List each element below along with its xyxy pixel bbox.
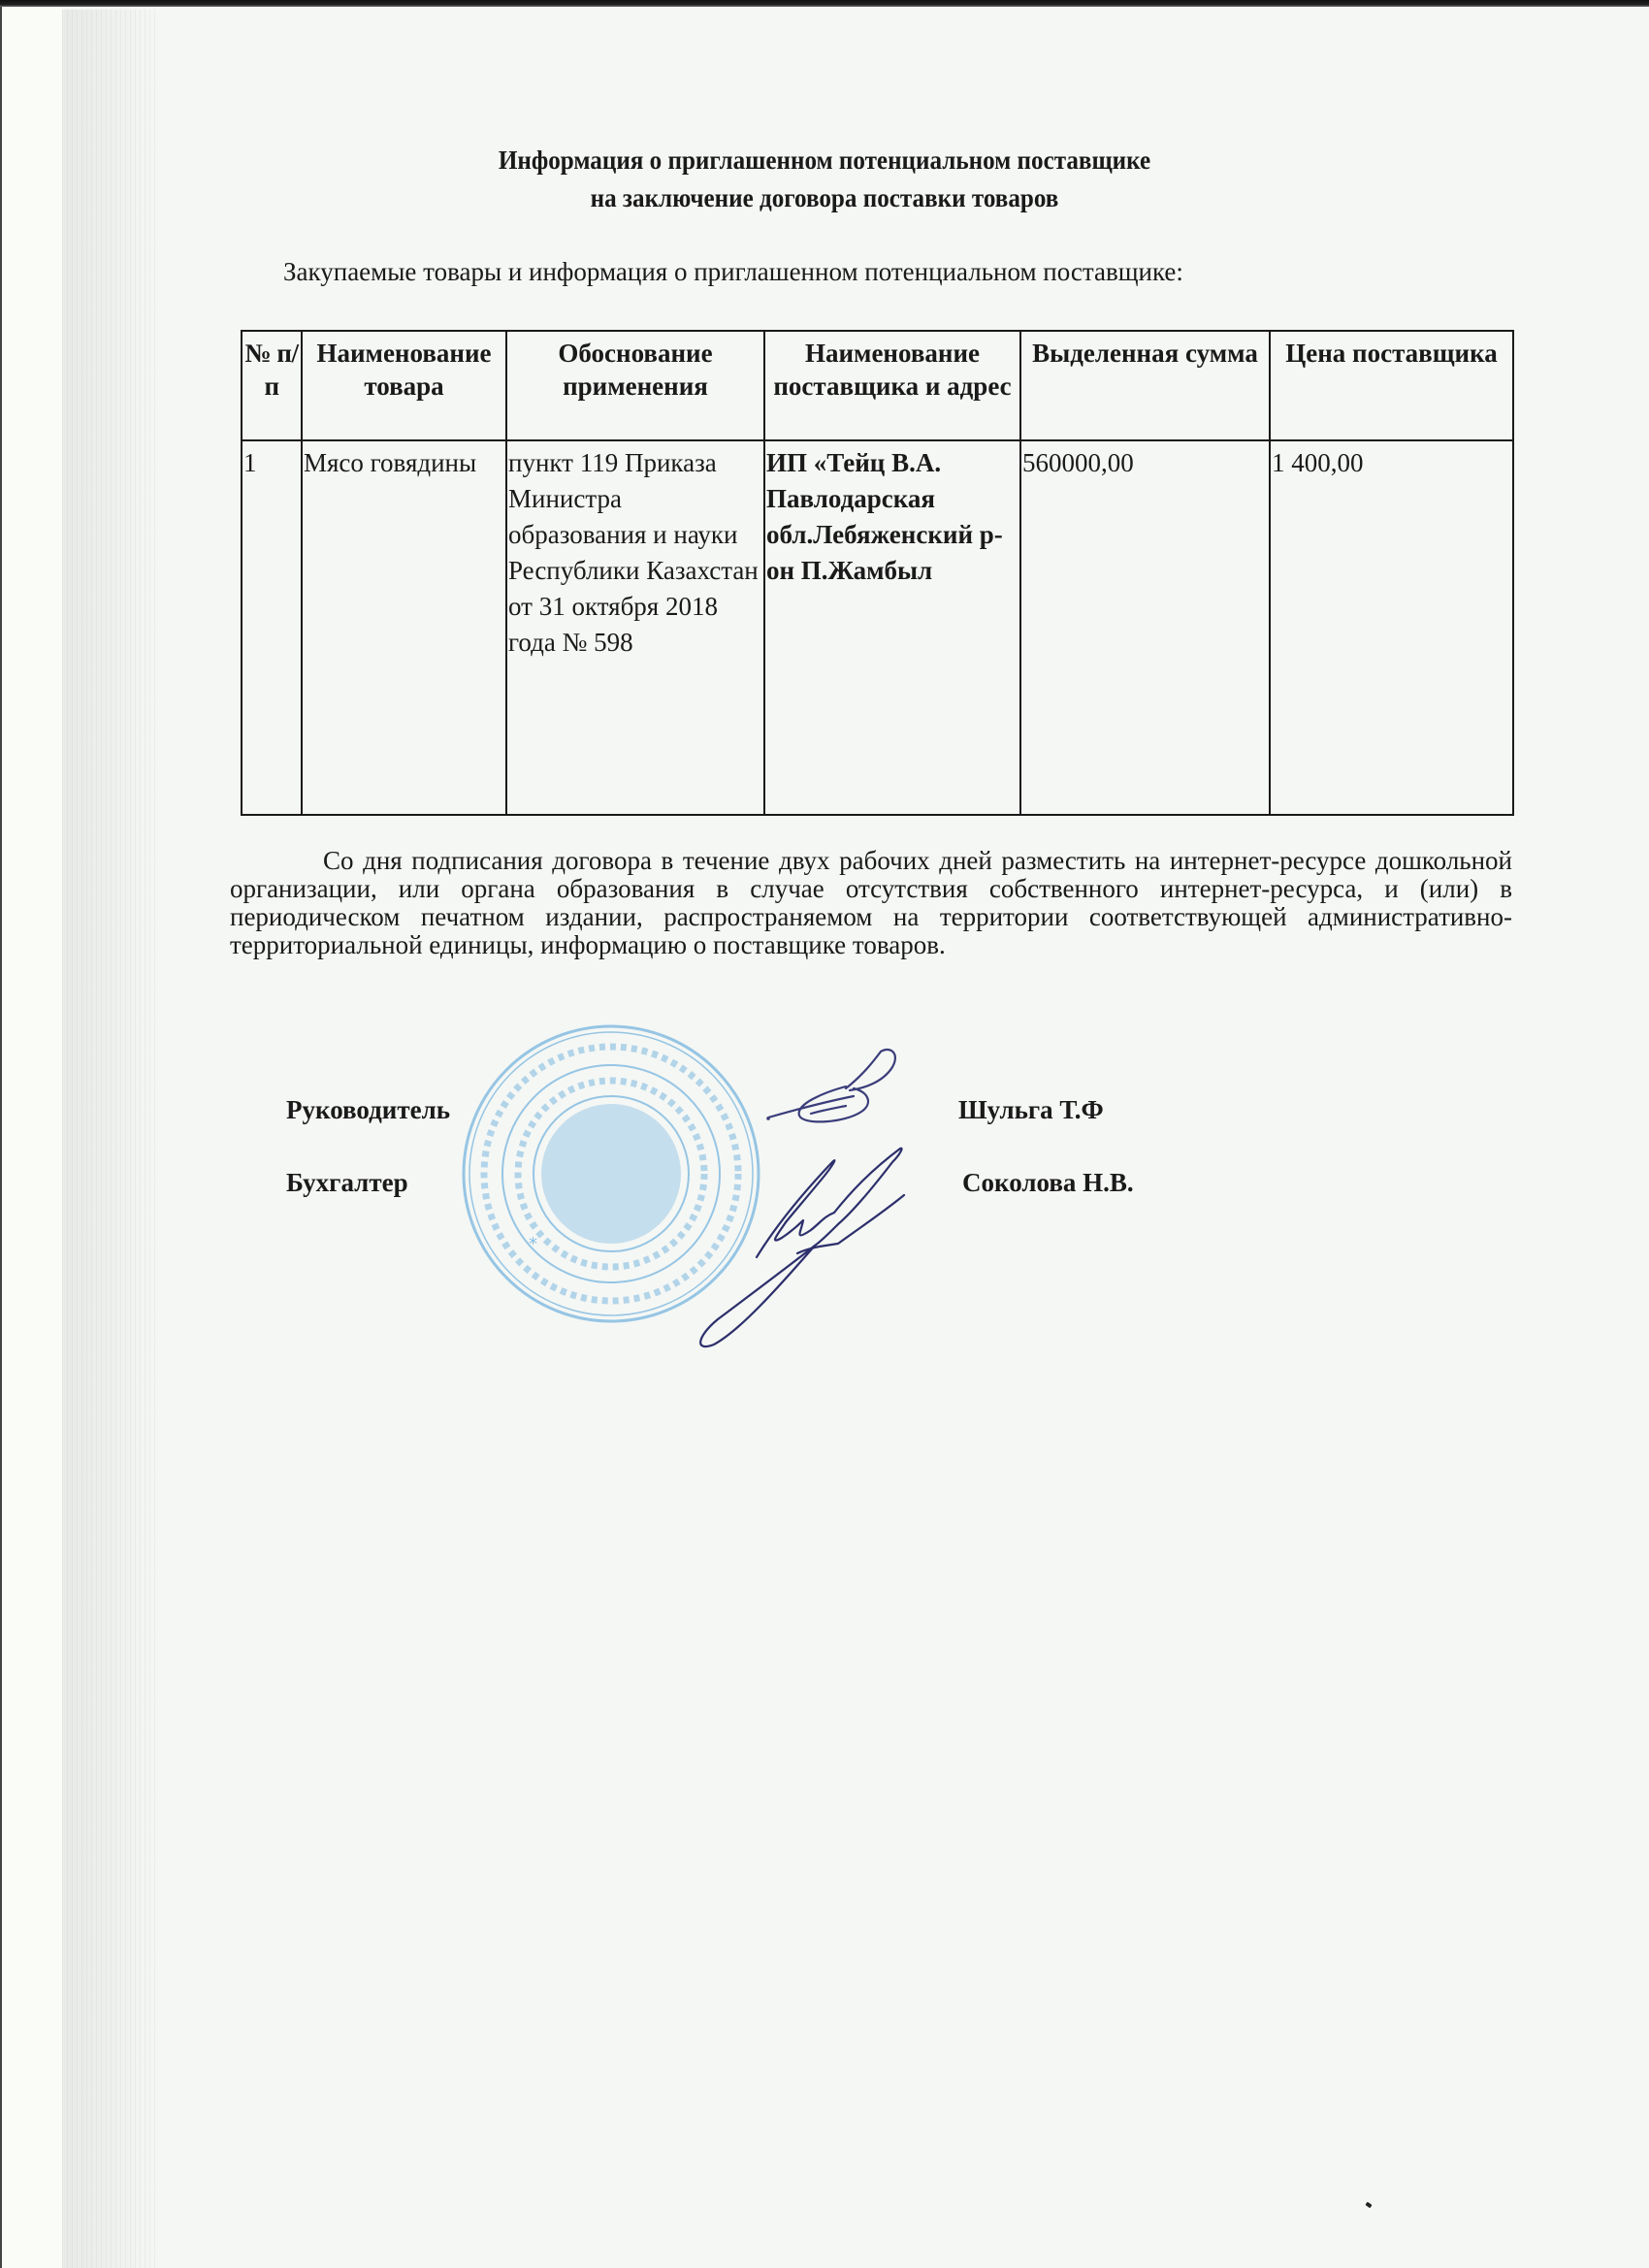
header-justification: Обоснование применения: [506, 331, 764, 440]
cell-number: 1: [242, 440, 302, 815]
scan-noise: [62, 10, 159, 2268]
intro-text: Закупаемые товары и информация о приглаш…: [283, 255, 1183, 288]
cell-supplier-price: 1 400,00: [1270, 440, 1513, 815]
header-number: № п/п: [242, 331, 302, 440]
signature-name-accountant: Соколова Н.В.: [962, 1166, 1134, 1199]
scan-border-top: [0, 0, 1649, 7]
document-title-line-1: Информация о приглашенном потенциальном …: [58, 144, 1592, 177]
scan-border-left: [0, 7, 64, 2268]
signature-name-director: Шульга Т.Ф: [958, 1093, 1104, 1126]
signature-role-director: Руководитель: [286, 1093, 450, 1126]
goods-table: № п/п Наименование товара Обоснование пр…: [241, 330, 1514, 816]
table-row: 1 Мясо говядины пункт 119 Приказа Минист…: [242, 440, 1513, 815]
table-header-row: № п/п Наименование товара Обоснование пр…: [242, 331, 1513, 440]
cell-supplier: ИП «Тейц В.А. Павлодарская обл.Лебяженск…: [764, 440, 1020, 815]
header-product-name: Наименование товара: [302, 331, 506, 440]
director-signature-icon: [757, 1038, 970, 1154]
scan-speck: [1365, 2202, 1372, 2209]
svg-text:*: *: [529, 1234, 537, 1254]
cell-allocated-amount: 560000,00: [1020, 440, 1270, 815]
instruction-paragraph: Со дня подписания договора в течение дву…: [230, 847, 1512, 959]
document-title-line-2: на заключение договора поставки товаров: [58, 181, 1592, 214]
cell-justification: пункт 119 Приказа Министра образования и…: [506, 440, 764, 815]
accountant-signature-icon: [679, 1145, 931, 1358]
signature-role-accountant: Бухгалтер: [286, 1166, 408, 1199]
header-allocated-amount: Выделенная сумма: [1020, 331, 1270, 440]
header-supplier-price: Цена поставщика: [1270, 331, 1513, 440]
cell-product-name: Мясо говядины: [302, 440, 506, 815]
header-supplier: Наименование поставщика и адрес: [764, 331, 1020, 440]
